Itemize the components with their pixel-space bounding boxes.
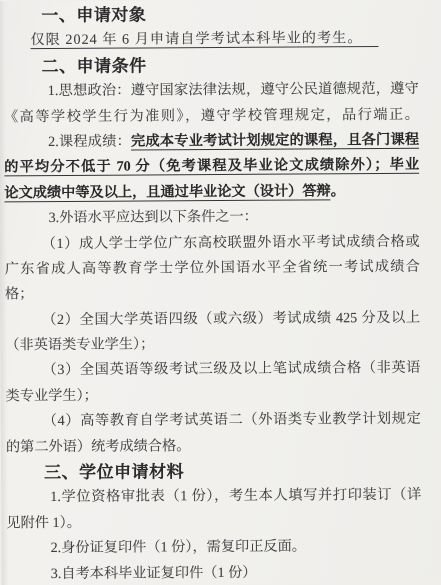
material-3-line: 3.自考本科毕业证复印件（1 份） [7, 559, 422, 585]
condition-grades-line-1: 2.课程成绩：完成本专业考试计划规定的课程，且各门课程 [4, 128, 419, 156]
foreign-option-1-line-3: 格； [5, 280, 420, 308]
condition-grades-line-1-text: 完成本专业考试计划规定的课程，且各门课程 [131, 132, 419, 151]
condition-grades-line-3-text: 论文成绩中等及以上，且通过毕业论文（设计）答辩 [4, 183, 330, 202]
section-heading-application-target-text: 一、申请对象 [41, 5, 146, 25]
condition-grades-line-3: 论文成绩中等及以上，且通过毕业论文（设计）答辩。 [4, 179, 419, 207]
foreign-option-3-line-1-text: （3）全国英语等级考试三级及以上笔试成绩合格（非英语 [42, 360, 420, 378]
material-3-line-text: 3.自考本科毕业证复印件（1 份） [51, 564, 257, 581]
foreign-option-4-line-2-text: 的第二外语）统考成绩合格。 [6, 438, 191, 455]
material-2-line-text: 2.身份证复印件（1 份），需复印正反面。 [51, 539, 306, 557]
foreign-option-2-line-2: （非英语类专业学生）； [5, 331, 420, 359]
section-heading-application-materials: 三、学位申请材料 [6, 458, 421, 486]
eligibility-scope-line-text: 仅限 2024 年 6 月申请自学考试本科毕业的考生。 [30, 30, 378, 49]
foreign-option-4-line-1: （4）高等教育自学考试英语二（外语类专业教学计划规定 [6, 407, 421, 435]
foreign-option-1-line-3-text: 格； [5, 286, 33, 302]
foreign-option-2-line-2-text: （非英语类专业学生）； [5, 336, 154, 353]
foreign-option-2-line-1-text: （2）全国大学英语四级（或六级）考试成绩 425 分及以上 [42, 309, 420, 327]
material-1-line-2: 见附件 1）。 [6, 509, 421, 537]
eligibility-scope-line: 仅限 2024 年 6 月申请自学考试本科毕业的考生。 [3, 26, 418, 54]
condition-foreign-language-intro-text: 3.外语水平应达到以下条件之一： [48, 209, 257, 226]
section-heading-application-conditions-text: 二、申请条件 [42, 56, 147, 76]
material-2-line: 2.身份证复印件（1 份），需复印正反面。 [6, 534, 421, 562]
section-heading-application-conditions: 二、申请条件 [4, 52, 419, 80]
foreign-option-1-line-1-text: （1）成人学士学位广东高校联盟外语水平考试成绩合格或 [42, 233, 420, 251]
condition-grades-line-2: 的平均分不低于 70 分（免考课程及毕业论文成绩除外）；毕业 [4, 153, 419, 181]
foreign-option-3-line-2-text: 类专业学生）； [6, 388, 98, 405]
foreign-option-4-line-1-text: （4）高等教育自学考试英语二（外语类专业教学计划规定 [43, 411, 421, 429]
foreign-option-3-line-1: （3）全国英语等级考试三级及以上笔试成绩合格（非英语 [5, 356, 420, 384]
foreign-option-1-line-2: 广东省成人高等教育学士学位外国语水平全省统一考试成绩合 [5, 255, 420, 283]
foreign-option-4-line-2: 的第二外语）统考成绩合格。 [6, 432, 421, 460]
condition-ideology-line-2-text: 《高等学校学生行为准则》，遵守学校管理规定，品行端正。 [4, 106, 419, 125]
material-1-line-2-text: 见附件 1）。 [6, 515, 81, 531]
condition-ideology-line-1: 1.思想政治：遵守国家法律法规，遵守公民道德规范，遵守 [4, 77, 419, 105]
condition-ideology-line-1-text: 1.思想政治：遵守国家法律法规，遵守公民道德规范，遵守 [48, 81, 419, 99]
section-heading-application-target: 一、申请对象 [3, 1, 418, 29]
foreign-option-1-line-2-text: 广东省成人高等教育学士学位外国语水平全省统一考试成绩合 [5, 259, 420, 278]
condition-grades-line-2-text: 的平均分不低于 70 分（免考课程及毕业论文成绩除外）；毕业 [4, 157, 419, 177]
condition-grades-line-1-text: 2.课程成绩： [48, 133, 131, 150]
document-page: 一、申请对象仅限 2024 年 6 月申请自学考试本科毕业的考生。二、申请条件1… [0, 0, 441, 585]
material-1-line-1: 1.学位资格审批表（1 份），考生本人填写并打印装订（详 [6, 483, 421, 511]
material-1-line-1-text: 1.学位资格审批表（1 份），考生本人填写并打印装订（详 [50, 487, 421, 505]
condition-ideology-line-2: 《高等学校学生行为准则》，遵守学校管理规定，品行端正。 [4, 102, 419, 130]
foreign-option-2-line-1: （2）全国大学英语四级（或六级）考试成绩 425 分及以上 [5, 305, 420, 333]
foreign-option-1-line-1: （1）成人学士学位广东高校联盟外语水平考试成绩合格或 [5, 229, 420, 257]
condition-foreign-language-intro: 3.外语水平应达到以下条件之一： [4, 204, 419, 232]
foreign-option-3-line-2: 类专业学生）； [6, 382, 421, 410]
section-heading-application-materials-text: 三、学位申请材料 [44, 462, 184, 482]
condition-grades-line-3-text: 。 [331, 183, 345, 199]
